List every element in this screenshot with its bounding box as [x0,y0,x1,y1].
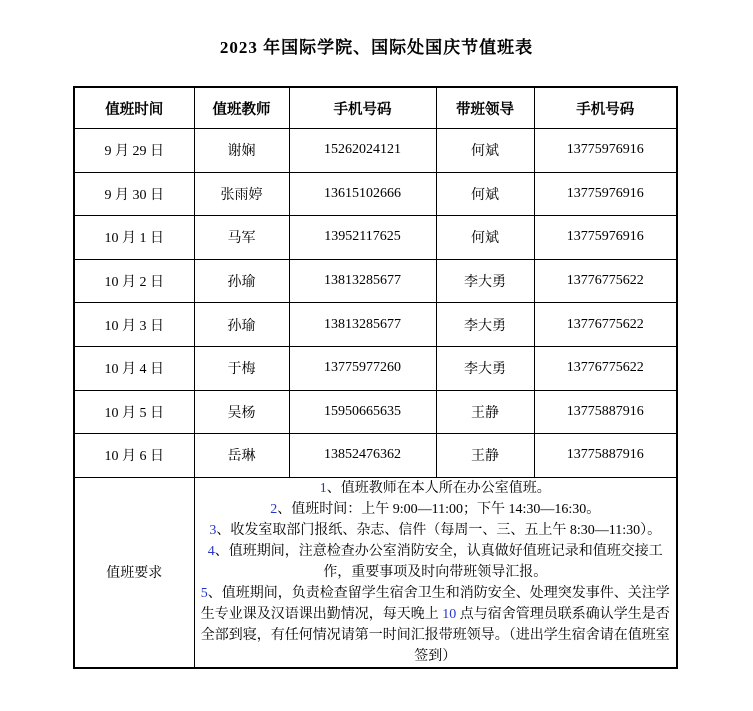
leader-phone-cell: 13775976916 [534,216,677,260]
teacher-phone-cell: 15950665635 [289,390,436,434]
duty-date-cell: 10 月 4 日 [74,346,194,390]
requirement-item: 4、值班期间，注意检查办公室消防安全，认真做好值班记录和值班交接工作，重要事项及… [195,541,677,583]
requirements-content: 1、值班教师在本人所在办公室值班。2、值班时间：上午 9:00—11:00；下午… [194,477,677,668]
column-header-duty-leader: 带班领导 [436,87,534,129]
duty-teacher-cell: 孙瑜 [194,259,289,303]
leader-phone-cell: 13776775622 [534,259,677,303]
teacher-phone-cell: 15262024121 [289,129,436,173]
duty-date-cell: 10 月 5 日 [74,390,194,434]
column-header-duty-date: 值班时间 [74,87,194,129]
requirement-item: 2、值班时间：上午 9:00—11:00；下午 14:30—16:30。 [195,499,677,520]
table-row: 10 月 1 日马军13952117625何斌13775976916 [74,216,677,260]
leader-phone-cell: 13775976916 [534,129,677,173]
teacher-phone-cell: 13775977260 [289,346,436,390]
table-row: 10 月 6 日岳琳13852476362王静13775887916 [74,434,677,478]
column-header-duty-teacher: 值班教师 [194,87,289,129]
header-row: 值班时间值班教师手机号码带班领导手机号码 [74,87,677,129]
highlighted-number: 1 [320,481,327,496]
requirement-item: 3、收发室取部门报纸、杂志、信件（每周一、三、五上午 8:30—11:30）。 [195,520,677,541]
requirements-row: 值班要求 1、值班教师在本人所在办公室值班。2、值班时间：上午 9:00—11:… [74,477,677,668]
table-row: 9 月 29 日谢娴15262024121何斌13775976916 [74,129,677,173]
table-row: 10 月 5 日吴杨15950665635王静13775887916 [74,390,677,434]
table-row: 10 月 2 日孙瑜13813285677李大勇13776775622 [74,259,677,303]
duty-date-cell: 10 月 2 日 [74,259,194,303]
duty-date-cell: 9 月 30 日 [74,172,194,216]
requirement-text: 、值班期间，注意检查办公室消防安全，认真做好值班记录和值班交接工作，重要事项及时… [215,544,663,580]
teacher-phone-cell: 13813285677 [289,259,436,303]
duty-teacher-cell: 于梅 [194,346,289,390]
duty-teacher-cell: 孙瑜 [194,303,289,347]
duty-leader-cell: 李大勇 [436,303,534,347]
requirements-label: 值班要求 [74,477,194,668]
requirement-item: 5、值班期间，负责检查留学生宿舍卫生和消防安全、处理突发事件、关注学生专业课及汉… [195,583,677,667]
teacher-phone-cell: 13813285677 [289,303,436,347]
duty-leader-cell: 王静 [436,434,534,478]
requirement-text: 、值班时间：上午 9:00—11:00；下午 14:30—16:30。 [277,502,600,517]
requirement-text: 、值班教师在本人所在办公室值班。 [327,481,551,496]
table-row: 9 月 30 日张雨婷13615102666何斌13775976916 [74,172,677,216]
document-title: 2023 年国际学院、国际处国庆节值班表 [0,33,753,58]
leader-phone-cell: 13775887916 [534,390,677,434]
duty-leader-cell: 王静 [436,390,534,434]
teacher-phone-cell: 13852476362 [289,434,436,478]
highlighted-number: 4 [208,544,215,559]
duty-teacher-cell: 马军 [194,216,289,260]
duty-date-cell: 10 月 1 日 [74,216,194,260]
duty-leader-cell: 何斌 [436,216,534,260]
duty-date-cell: 9 月 29 日 [74,129,194,173]
column-header-teacher-phone: 手机号码 [289,87,436,129]
requirement-text: 、收发室取部门报纸、杂志、信件（每周一、三、五上午 8:30—11:30）。 [216,523,661,538]
table-row: 10 月 3 日孙瑜13813285677李大勇13776775622 [74,303,677,347]
duty-leader-cell: 何斌 [436,172,534,216]
duty-leader-cell: 何斌 [436,129,534,173]
leader-phone-cell: 13776775622 [534,346,677,390]
column-header-leader-phone: 手机号码 [534,87,677,129]
leader-phone-cell: 13775887916 [534,434,677,478]
leader-phone-cell: 13776775622 [534,303,677,347]
highlighted-number: 5 [201,586,208,601]
duty-schedule-table: 值班时间值班教师手机号码带班领导手机号码 9 月 29 日谢娴152620241… [73,86,678,669]
duty-date-cell: 10 月 3 日 [74,303,194,347]
leader-phone-cell: 13775976916 [534,172,677,216]
duty-date-cell: 10 月 6 日 [74,434,194,478]
duty-teacher-cell: 谢娴 [194,129,289,173]
duty-teacher-cell: 岳琳 [194,434,289,478]
table-body: 9 月 29 日谢娴15262024121何斌137759769169 月 30… [74,129,677,478]
duty-teacher-cell: 张雨婷 [194,172,289,216]
duty-teacher-cell: 吴杨 [194,390,289,434]
table-row: 10 月 4 日于梅13775977260李大勇13776775622 [74,346,677,390]
duty-leader-cell: 李大勇 [436,259,534,303]
highlighted-number: 10 [442,607,456,622]
duty-leader-cell: 李大勇 [436,346,534,390]
requirement-item: 1、值班教师在本人所在办公室值班。 [195,478,677,499]
teacher-phone-cell: 13952117625 [289,216,436,260]
teacher-phone-cell: 13615102666 [289,172,436,216]
